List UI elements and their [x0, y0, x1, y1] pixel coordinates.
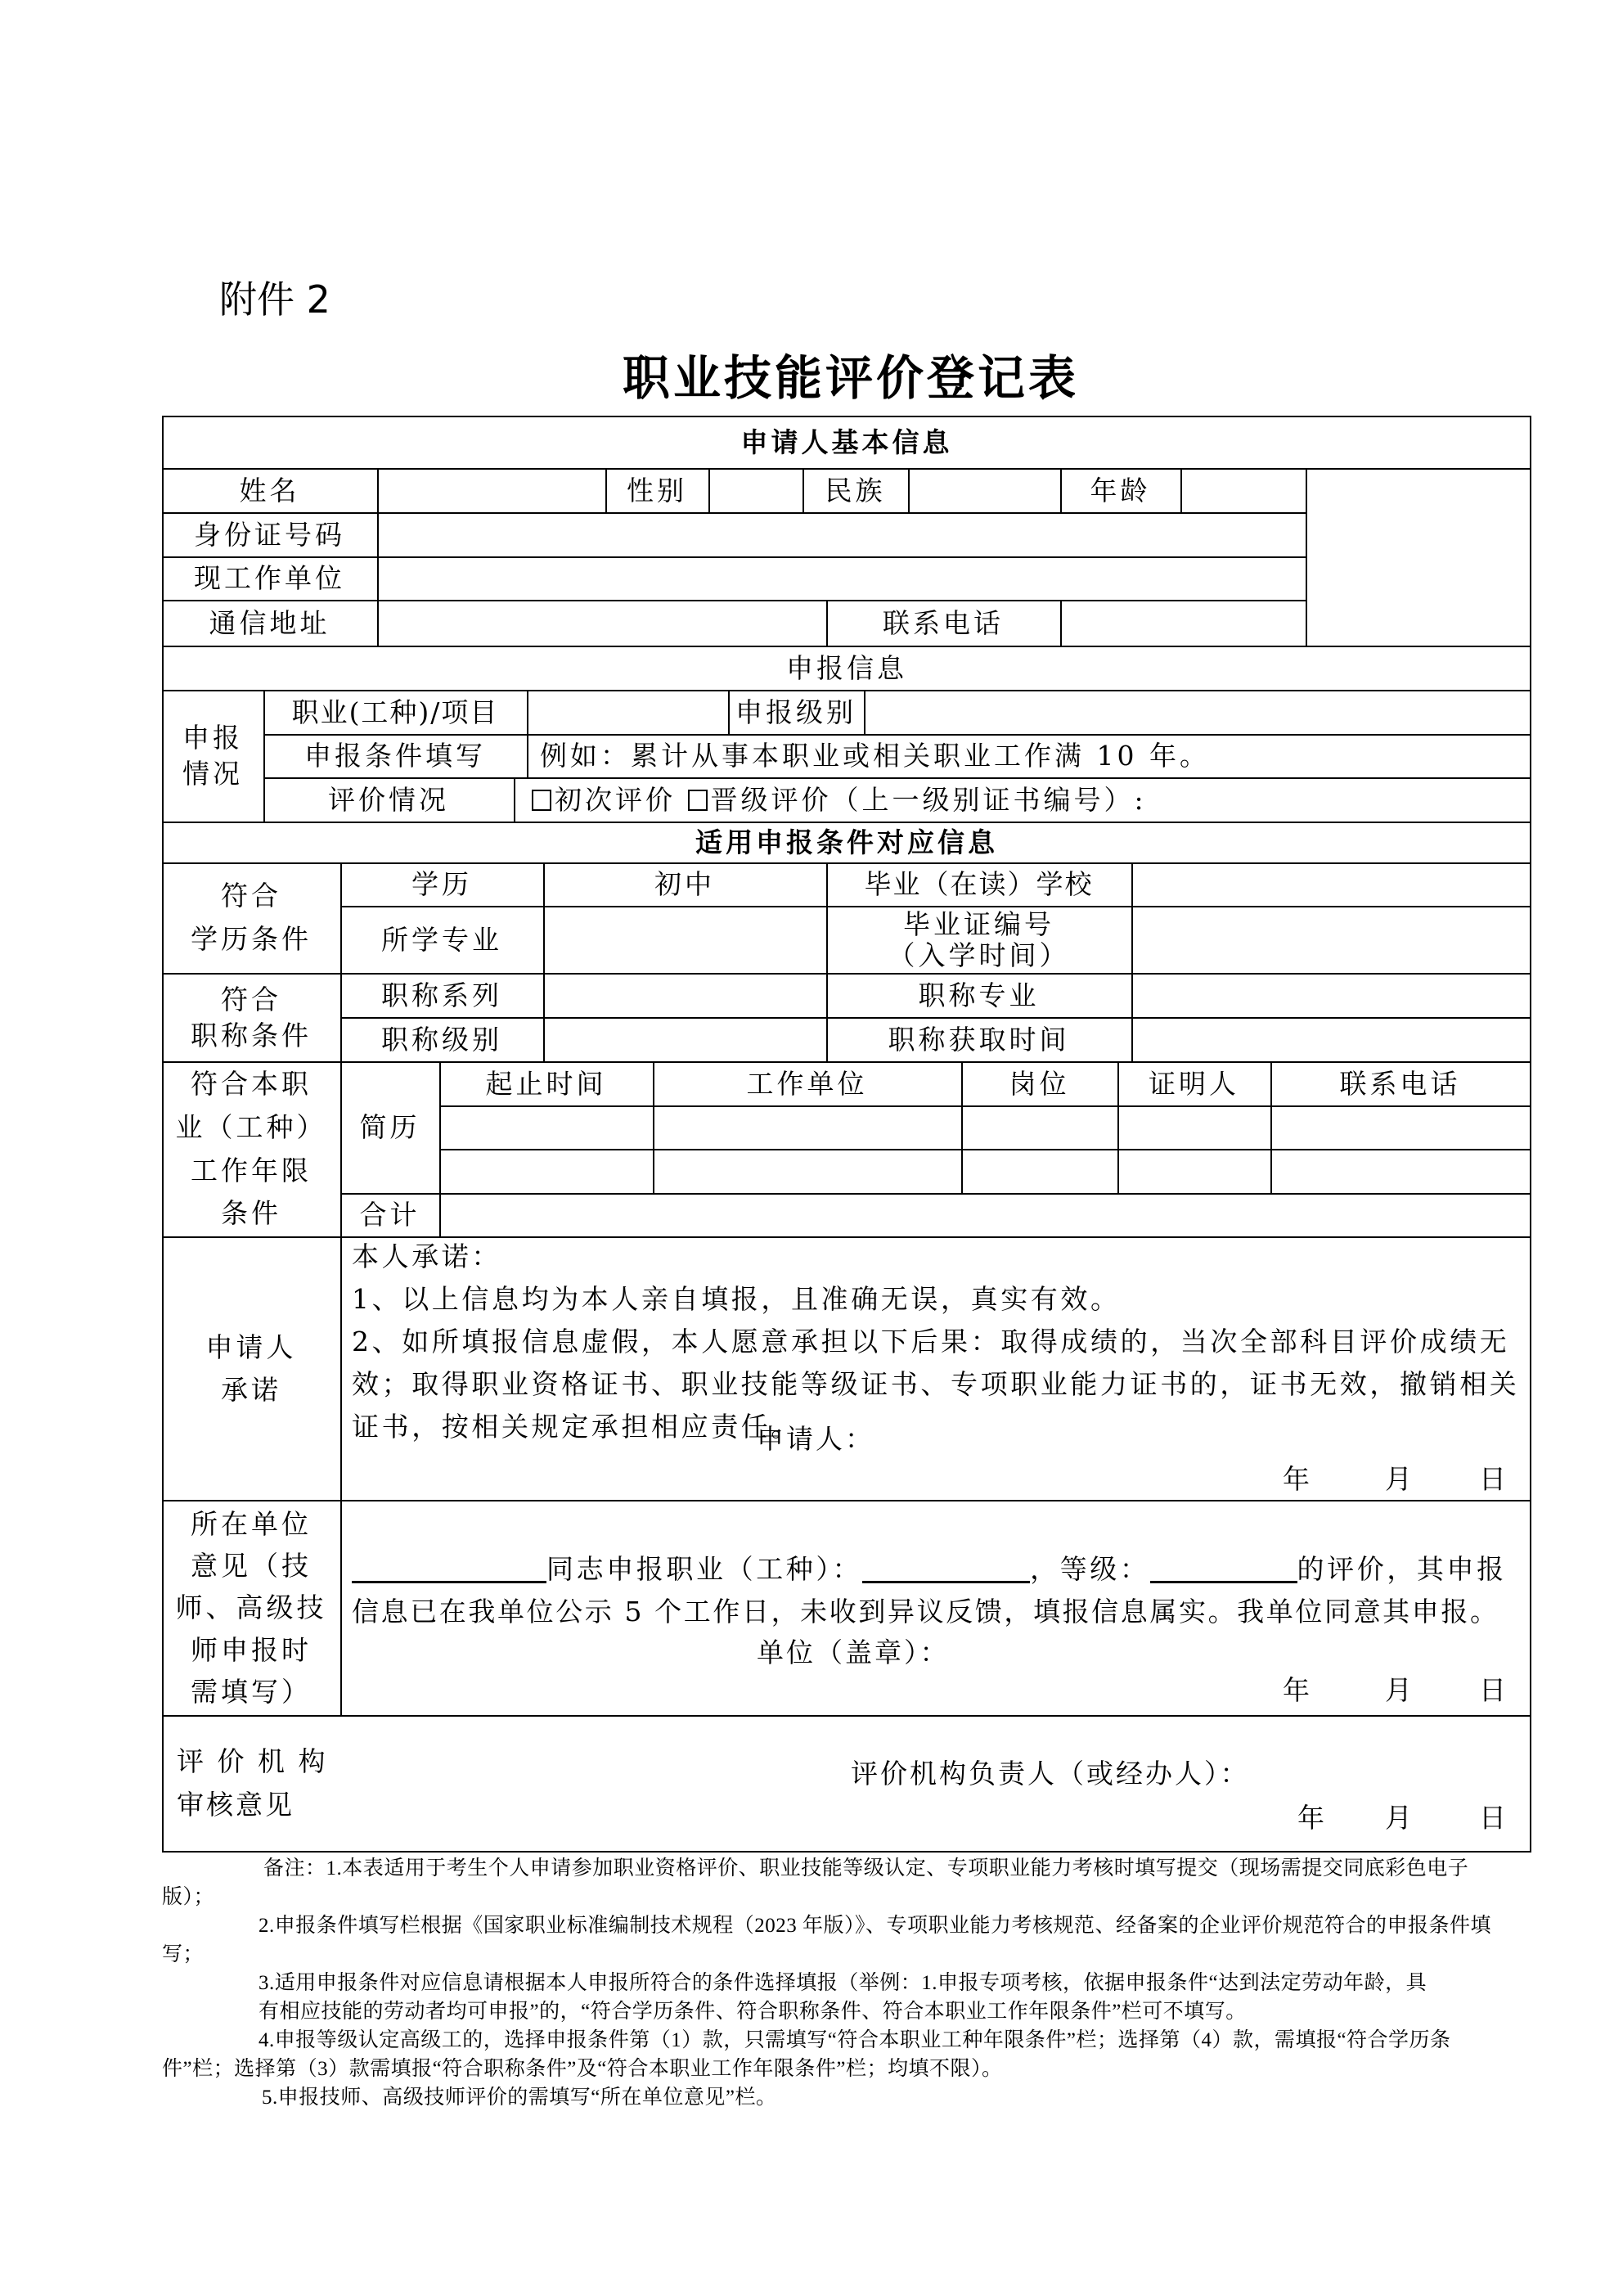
cert-number-field[interactable] — [1131, 907, 1530, 973]
id-number-label: 身份证号码 — [162, 513, 377, 556]
unit-opinion-text-d: 信息已在我单位公示 5 个工作日，未收到异议反馈，填报信息属实。我单位同意其申报… — [352, 1591, 1530, 1633]
col-header-period: 起止时间 — [439, 1062, 653, 1105]
table-border-bottom — [162, 1851, 1531, 1853]
title-obtained-label: 职称获取时间 — [826, 1018, 1131, 1061]
witness-cell[interactable] — [1117, 1150, 1270, 1193]
position-cell[interactable] — [961, 1106, 1117, 1149]
commitment-day: 日 — [1479, 1458, 1506, 1497]
row-line — [162, 1715, 1531, 1717]
unit-day: 日 — [1479, 1669, 1506, 1708]
age-label: 年龄 — [1060, 469, 1180, 512]
table-border-right — [1530, 416, 1531, 1853]
phone-field[interactable] — [1060, 601, 1306, 646]
note-2: 2.申报条件填写栏根据《国家职业标准编制技术规程（2023 年版）》、专项职业能… — [162, 1911, 1504, 1969]
agency-review-label: 评 价 机 构 审核意见 — [162, 1716, 340, 1851]
address-label: 通信地址 — [162, 601, 377, 646]
cert-number-label: 毕业证编号 （入学时间） — [826, 907, 1131, 973]
agency-year: 年 — [1297, 1797, 1324, 1835]
id-number-field[interactable] — [377, 513, 1306, 556]
witness-cell[interactable] — [1117, 1106, 1270, 1149]
name-field[interactable] — [377, 469, 605, 512]
condition-field[interactable]: 例如：累计从事本职业或相关职业工作满 10 年。 — [527, 735, 1530, 777]
commitment-text: 本人承诺： 1、以上信息均为本人亲自填报，且准确无误，真实有效。 2、如所填报信… — [352, 1236, 1523, 1448]
period-cell[interactable] — [439, 1106, 653, 1149]
gender-field[interactable] — [708, 469, 803, 512]
title-specialty-field[interactable] — [1131, 974, 1530, 1017]
school-label: 毕业（在读）学校 — [826, 863, 1131, 906]
note-1: 备注：1.本表适用于考生个人申请参加职业资格评价、职业技能等级认定、专项职业能力… — [162, 1854, 1504, 1911]
major-label: 所学专业 — [340, 907, 543, 973]
position-cell[interactable] — [961, 1150, 1117, 1193]
unit-month: 月 — [1385, 1669, 1412, 1708]
agency-month: 月 — [1385, 1797, 1412, 1835]
note-5: 5.申报技师、高级技师评价的需填写“所在单位意见”栏。 — [162, 2083, 1504, 2112]
col-line — [340, 1236, 342, 1715]
title-series-label: 职称系列 — [340, 974, 543, 1017]
eval-label: 评价情况 — [263, 778, 514, 822]
condition-label: 申报条件填写 — [263, 735, 527, 777]
col-header-position: 岗位 — [961, 1062, 1117, 1105]
ethnicity-field[interactable] — [908, 469, 1060, 512]
title-group-label: 符合 职称条件 — [162, 974, 340, 1061]
total-field[interactable] — [439, 1194, 1530, 1236]
checkbox-promotion-eval[interactable] — [688, 790, 708, 811]
phone-label: 联系电话 — [826, 601, 1060, 646]
applicant-signature-label: 申请人： — [757, 1418, 874, 1456]
section-conditions-info: 适用申报条件对应信息 — [162, 822, 1531, 862]
occupation-blank[interactable] — [862, 1553, 1030, 1583]
unit-year: 年 — [1283, 1669, 1310, 1708]
degree-field[interactable]: 初中 — [543, 863, 826, 906]
level-blank[interactable] — [1150, 1553, 1297, 1583]
note-4: 4.申报等级认定高级工的，选择申报条件第（1）款，只需填写“符合本职业工种年限条… — [162, 2026, 1504, 2083]
agency-day: 日 — [1479, 1797, 1506, 1835]
unit-opinion-text: 同志申报职业（工种）：，等级：的评价，其申报 信息已在我单位公示 5 个工作日，… — [352, 1548, 1530, 1633]
unit-opinion-label: 所在单位 意见（技 师、高级技 师申报时 需填写） — [162, 1501, 340, 1715]
commitment-heading: 本人承诺： — [352, 1236, 1523, 1278]
unit-opinion-text-b: ，等级： — [1030, 1553, 1149, 1585]
commitment-year: 年 — [1283, 1458, 1310, 1497]
employer-field[interactable] — [377, 557, 1306, 600]
title-specialty-label: 职称专业 — [826, 974, 1131, 1017]
note-3: 3.适用申报条件对应信息请根据本人申报所符合的条件选择填报（举例：1.申报专项考… — [162, 1969, 1504, 2026]
address-field[interactable] — [377, 601, 826, 646]
phone-cell[interactable] — [1270, 1106, 1530, 1149]
major-field[interactable] — [543, 907, 826, 973]
checkbox-initial-eval[interactable] — [532, 790, 551, 811]
option-promotion-eval-label: 晋级评价（上一级别证书编号）: — [711, 782, 1147, 818]
title-rank-field[interactable] — [543, 1018, 826, 1061]
commitment-item-2: 2、如所填报信息虚假，本人愿意承担以下后果：取得成绩的，当次全部科目评价成绩无效… — [352, 1321, 1523, 1448]
col-header-employer: 工作单位 — [653, 1062, 961, 1105]
option-initial-eval-label: 初次评价 — [555, 782, 676, 818]
ethnicity-label: 民族 — [803, 469, 908, 512]
section-declare-info: 申报信息 — [162, 646, 1531, 690]
title-rank-label: 职称级别 — [340, 1018, 543, 1061]
unit-opinion-text-a: 同志申报职业（工种）： — [546, 1553, 862, 1585]
row-line — [162, 1500, 1531, 1501]
employer-cell[interactable] — [653, 1106, 961, 1149]
commitment-item-1: 1、以上信息均为本人亲自填报，且准确无误，真实有效。 — [352, 1278, 1523, 1321]
work-group-label: 符合本职 业（工种） 工作年限 条件 — [162, 1062, 340, 1236]
total-label: 合计 — [340, 1194, 439, 1236]
title-series-field[interactable] — [543, 974, 826, 1017]
education-group-label: 符合 学历条件 — [162, 863, 340, 973]
attachment-label: 附件 2 — [219, 270, 330, 324]
commitment-month: 月 — [1385, 1458, 1412, 1497]
employer-label: 现工作单位 — [162, 557, 377, 600]
name-label: 姓名 — [162, 469, 377, 512]
title-obtained-field[interactable] — [1131, 1018, 1530, 1061]
school-field[interactable] — [1131, 863, 1530, 906]
unit-opinion-text-c: 的评价，其申报 — [1297, 1553, 1507, 1585]
phone-cell[interactable] — [1270, 1150, 1530, 1193]
agency-signer-label: 评价机构负责人（或经办人）： — [851, 1753, 1250, 1791]
period-cell[interactable] — [439, 1150, 653, 1193]
section-basic-info: 申请人基本信息 — [162, 417, 1531, 468]
gender-label: 性别 — [605, 469, 708, 512]
col-header-phone: 联系电话 — [1270, 1062, 1530, 1105]
employer-cell[interactable] — [653, 1150, 961, 1193]
level-label: 申报级别 — [728, 691, 864, 734]
commitment-label: 申请人 承诺 — [162, 1237, 340, 1500]
occupation-field[interactable] — [527, 691, 728, 734]
photo-area[interactable] — [1306, 469, 1530, 646]
col-header-witness: 证明人 — [1117, 1062, 1270, 1105]
level-field[interactable] — [864, 691, 1530, 734]
page-title: 职业技能评价登记表 — [0, 340, 1623, 408]
eval-options: 初次评价 晋级评价（上一级别证书编号）: — [514, 778, 1530, 822]
age-field[interactable] — [1180, 469, 1306, 512]
applicant-name-blank[interactable] — [352, 1553, 546, 1583]
declare-group-label: 申报 情况 — [162, 691, 263, 822]
occupation-label: 职业(工种)/项目 — [263, 691, 527, 734]
unit-stamp-label: 单位（盖章）： — [757, 1632, 950, 1670]
degree-label: 学历 — [340, 863, 543, 906]
notes: 备注：1.本表适用于考生个人申请参加职业资格评价、职业技能等级认定、专项职业能力… — [162, 1854, 1504, 2112]
resume-label: 简历 — [340, 1062, 439, 1193]
